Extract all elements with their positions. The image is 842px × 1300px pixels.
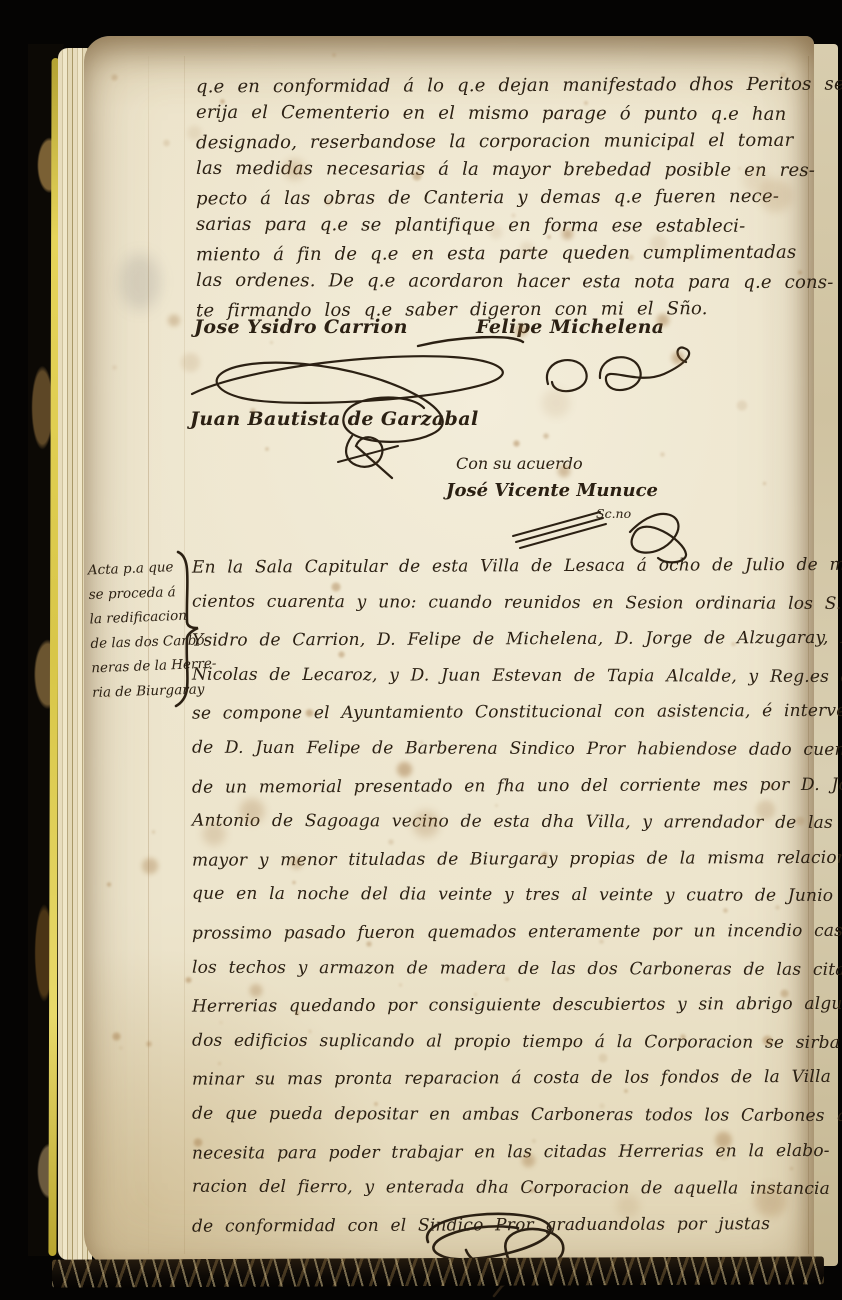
foxing-spot <box>112 1032 121 1041</box>
foxing-spot <box>763 482 766 485</box>
foxing-spot <box>112 365 117 370</box>
foxing-spot <box>660 452 665 457</box>
foxing-spot <box>119 1046 123 1050</box>
foxing-spot <box>167 314 180 327</box>
foxing-spot <box>332 53 336 57</box>
text-line: En la Sala Capitular de esta Villa de Le… <box>192 546 842 586</box>
body-paragraph: En la Sala Capitular de esta Villa de Le… <box>192 548 842 1243</box>
text-line: mayor y menor tituladas de Biurgaray pro… <box>192 839 842 879</box>
text-line: se compone el Ayuntamiento Constituciona… <box>192 693 842 733</box>
text-line: Ysidro de Carrion, D. Felipe de Michelen… <box>192 620 842 660</box>
foxing-spot <box>185 977 191 983</box>
text-line: Antonio de Sagoaga vecino de esta dha Vi… <box>192 803 842 842</box>
text-line: designado, reserbandose la corporacion m… <box>196 127 842 158</box>
text-line: erija el Cementerio en el mismo parage ó… <box>196 99 842 129</box>
text-line: q.e en conformidad á lo q.e dejan manife… <box>196 71 842 102</box>
foxing-spot <box>111 74 118 81</box>
foxing-spot <box>152 830 156 834</box>
signature-juan-bautista-garzabal: Juan Bautista de Garzabal <box>190 408 479 430</box>
text-line: los techos y armazon de madera de las do… <box>192 949 842 988</box>
text-line: de que pueda depositar en ambas Carboner… <box>192 1096 842 1135</box>
text-line: sarias para q.e se plantifique en forma … <box>196 211 842 241</box>
foxing-spot <box>146 1041 151 1046</box>
text-line: que en la noche del dia veinte y tres al… <box>192 876 842 915</box>
text-line: cientos cuarenta y uno: cuando reunidos … <box>192 583 842 622</box>
foxing-spot <box>736 400 748 412</box>
text-line: de D. Juan Felipe de Barberena Sindico P… <box>192 730 842 769</box>
rubric-garzabal <box>320 428 412 482</box>
manuscript-page: q.e en conformidad á lo q.e dejan manife… <box>84 36 814 1268</box>
text-line: las ordenes. De q.e acordaron hacer esta… <box>196 267 842 297</box>
text-line: pecto á las obras de Canteria y demas q.… <box>196 183 842 214</box>
top-paragraph: q.e en conformidad á lo q.e dejan manife… <box>196 72 842 324</box>
foxing-spot <box>141 857 159 875</box>
text-line: Herrerias quedando por consiguiente desc… <box>192 985 842 1025</box>
foxing-spot <box>543 433 549 439</box>
agreement-note: Con su acuerdo <box>456 454 583 473</box>
text-line: Nicolas de Lecaroz, y D. Juan Estevan de… <box>192 656 842 695</box>
text-line: dos edificios suplicando al propio tiemp… <box>192 1022 842 1061</box>
gray-smudge <box>120 254 160 310</box>
foxing-spot <box>163 139 170 146</box>
text-line: prossimo pasado fueron quemados enterame… <box>192 912 842 952</box>
text-line: las medidas necesarias á la mayor brebed… <box>196 155 842 185</box>
foxing-spot <box>107 882 112 887</box>
text-line: necesita para poder trabajar en las cita… <box>192 1132 842 1172</box>
text-line: minar su mas pronta reparacion á costa d… <box>192 1059 842 1099</box>
signature-flourish-michelena <box>536 342 726 406</box>
text-line: miento á fin de q.e en esta parte queden… <box>196 239 842 270</box>
text-line: racion del fierro, y enterada dha Corpor… <box>192 1169 842 1208</box>
text-line: de un memorial presentado en fha uno del… <box>192 766 842 806</box>
manuscript-photo: q.e en conformidad á lo q.e dejan manife… <box>0 0 842 1300</box>
marbled-book-edge <box>52 1256 824 1287</box>
